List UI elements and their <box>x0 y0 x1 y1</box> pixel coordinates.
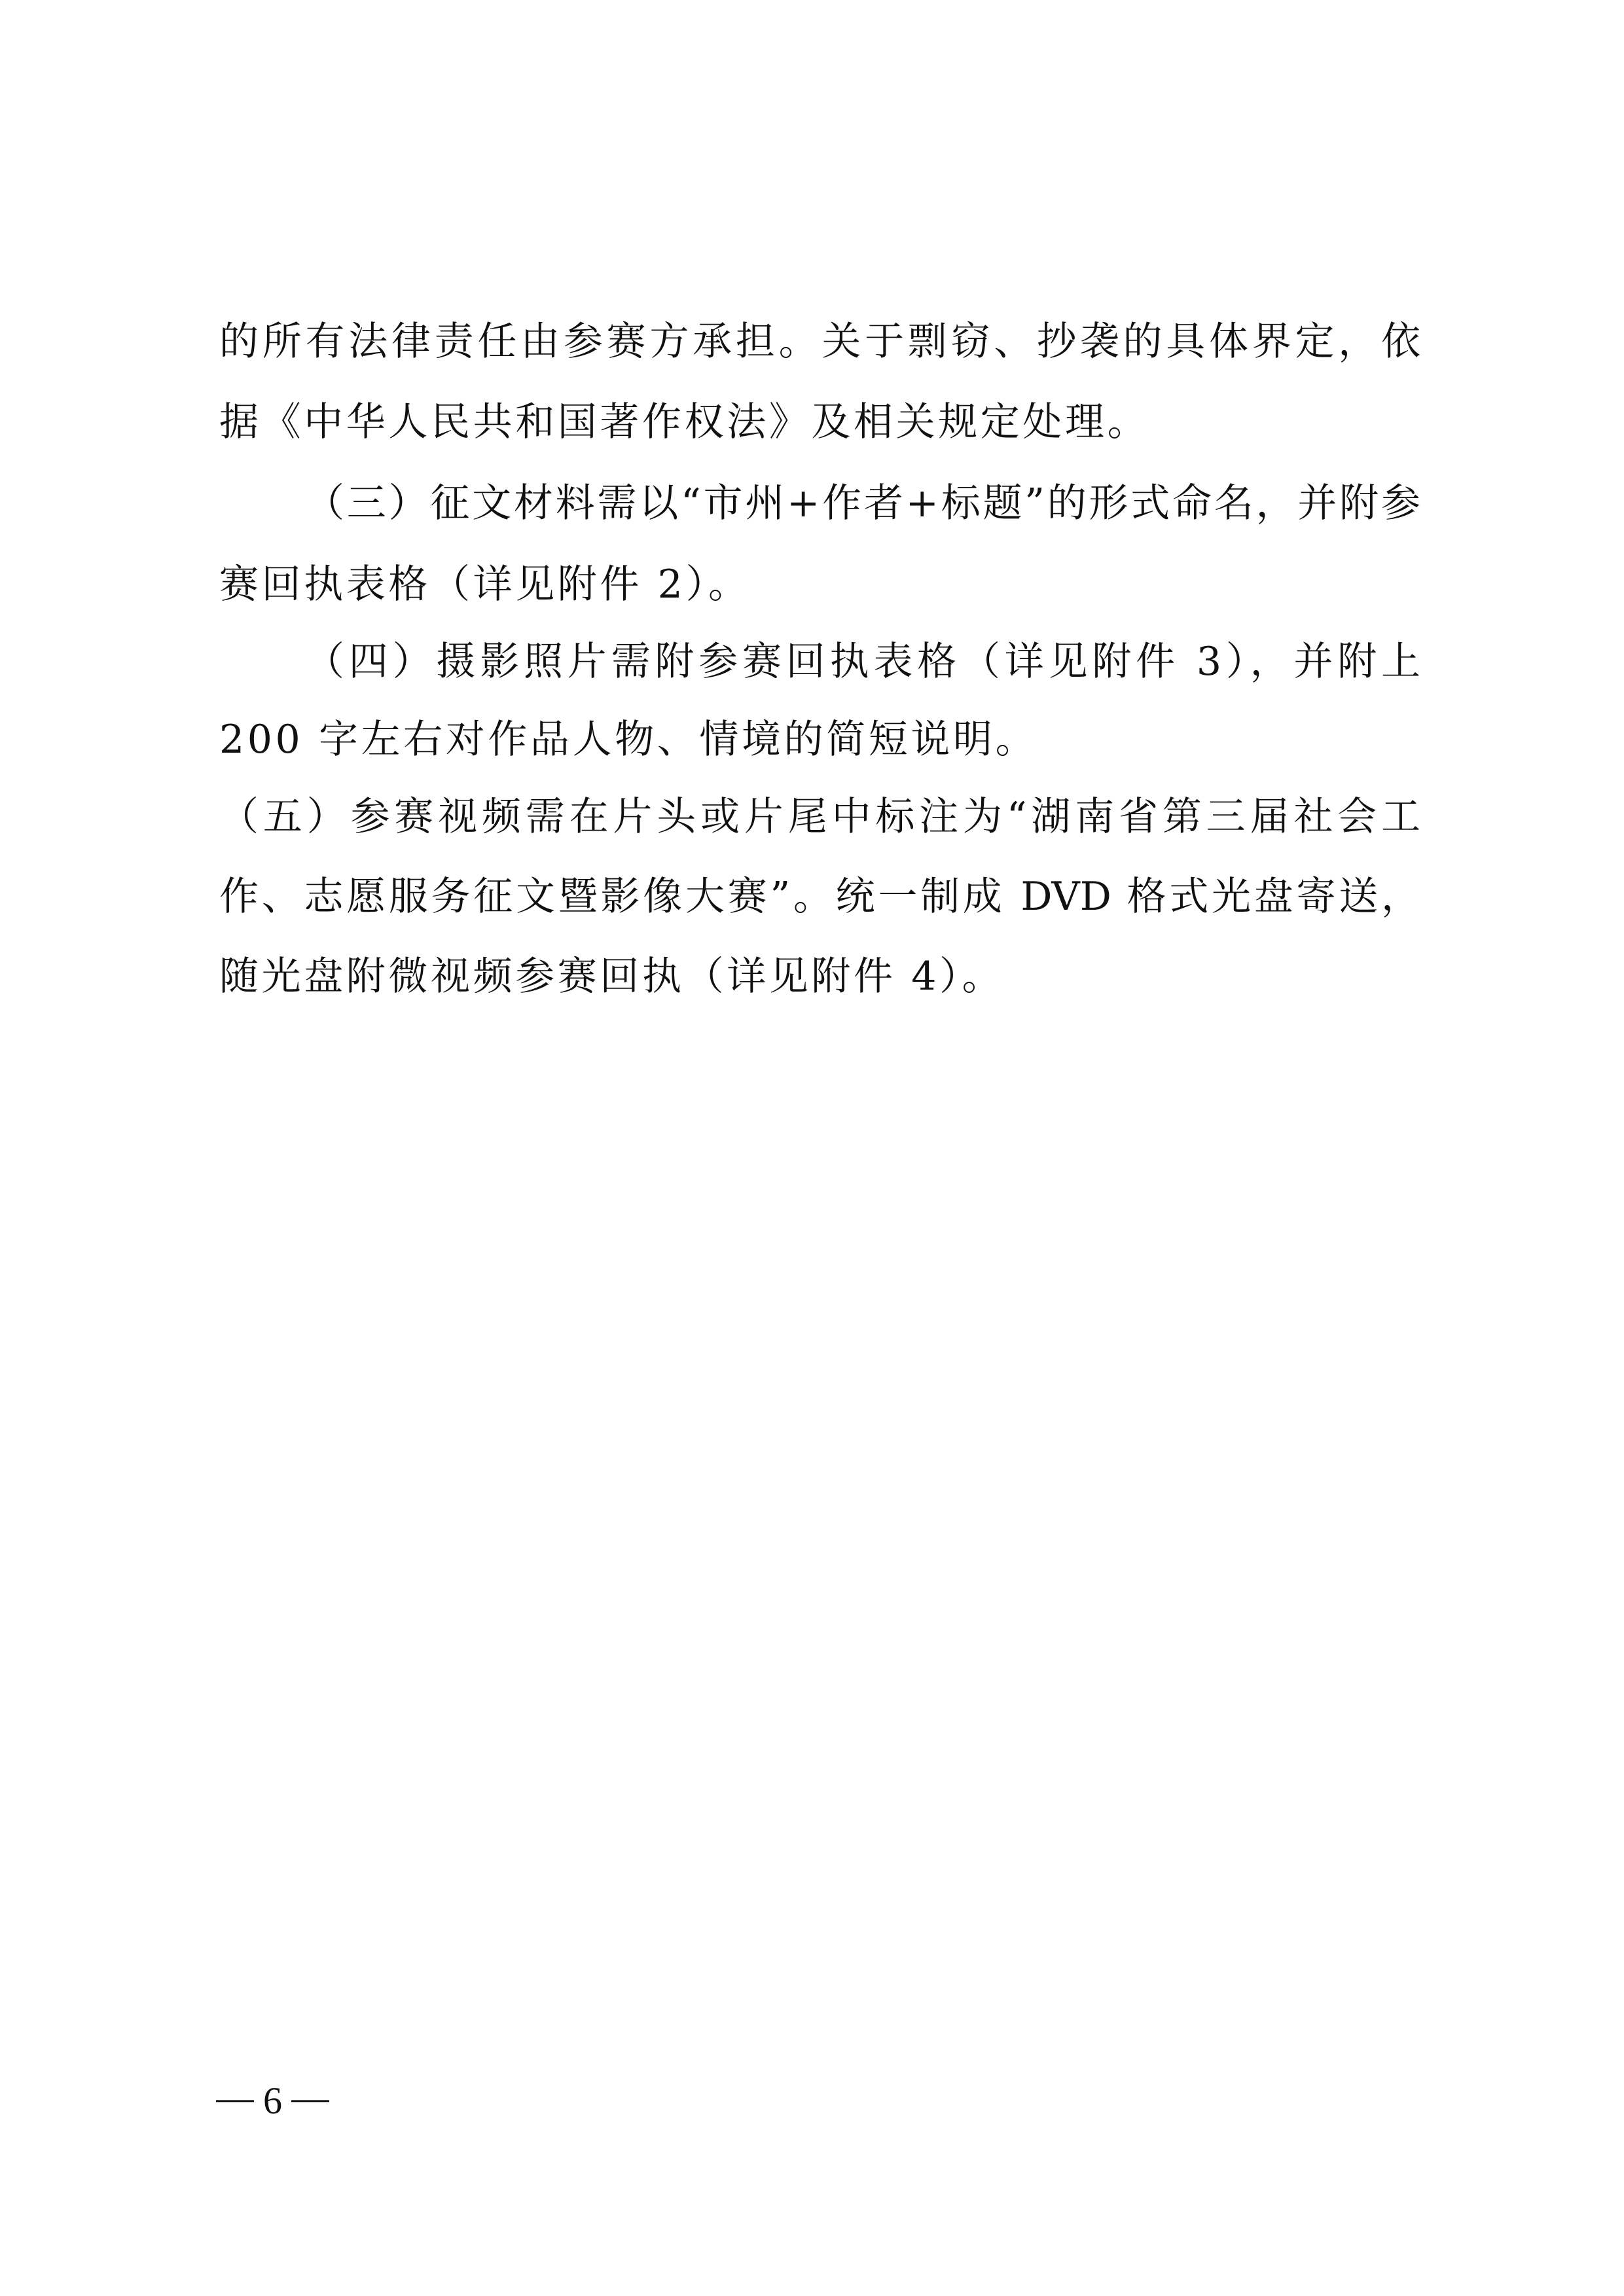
paragraph-line: 据《中华人民共和国著作权法》及相关规定处理。 <box>219 393 1420 452</box>
page-number-value: 6 <box>263 2078 282 2124</box>
paragraph-line-item-4: （四）摄影照片需附参赛回执表格（详见附件 3），并附上 <box>305 632 1420 691</box>
page-number: 6 <box>216 2078 329 2124</box>
paragraph-line: 的所有法律责任由参赛方承担。关于剽窃、抄袭的具体界定，依 <box>219 312 1420 371</box>
paragraph-line: 赛回执表格（详见附件 2）。 <box>219 555 1420 614</box>
paragraph-line: 作、志愿服务征文暨影像大赛”。统一制成 DVD 格式光盘寄送， <box>219 867 1420 926</box>
paragraph-line: 200 字左右对作品人物、情境的简短说明。 <box>219 710 1420 769</box>
paragraph-line-item-3: （三）征文材料需以“市州+作者+标题”的形式命名，并附参 <box>305 474 1420 533</box>
document-page: 的所有法律责任由参赛方承担。关于剽窃、抄袭的具体界定，依 据《中华人民共和国著作… <box>0 0 1624 2296</box>
paragraph-line-item-5: （五）参赛视频需在片头或片尾中标注为“湖南省第三届社会工 <box>219 787 1420 846</box>
page-number-dash-right <box>291 2100 329 2102</box>
paragraph-line: 随光盘附微视频参赛回执（详见附件 4）。 <box>219 947 1420 1006</box>
page-number-dash-left <box>216 2100 254 2102</box>
